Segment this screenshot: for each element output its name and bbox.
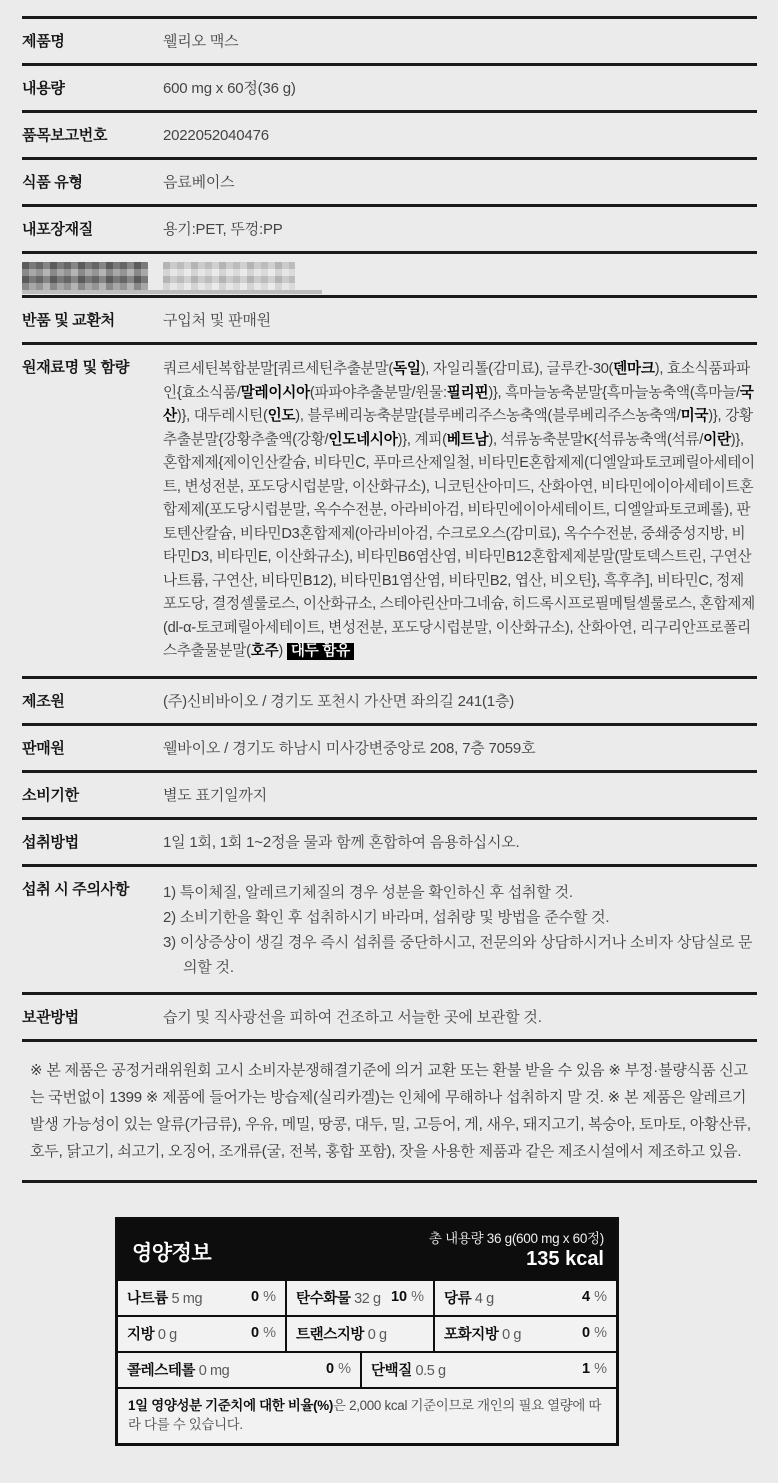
legal-notice-block: ※ 본 제품은 공정거래위원회 고시 소비자분쟁해결기준에 의거 교환 또는 환…: [22, 1039, 757, 1180]
nutrient-pct: 0 %: [251, 1289, 276, 1305]
row-label: 내포장재질: [22, 220, 163, 239]
nutrition-cell-fat: 지방 0 g 0 %: [118, 1317, 285, 1351]
nutrient-name: 당류: [444, 1291, 471, 1307]
nutrition-row-1: 나트륨 5 mg 0 % 탄수화물 32 g 10 % 당류 4 g 4 %: [118, 1279, 616, 1315]
nutrient-pct: 0 %: [251, 1325, 276, 1341]
nutrient-amount: 5 mg: [171, 1291, 202, 1307]
row-value: 구입처 및 판매원: [163, 311, 757, 330]
nutrient-amount: 0 g: [502, 1327, 521, 1343]
table-row-net-content: 내용량 600 mg x 60정(36 g): [22, 63, 757, 110]
row-value: 웰바이오 / 경기도 하남시 미사강변중앙로 208, 7층 7059호: [163, 739, 757, 758]
nutrition-header-right: 총 내용량 36 g(600 mg x 60정) 135 kcal: [429, 1227, 604, 1271]
nutrition-kcal: 135 kcal: [429, 1248, 604, 1271]
nutrient-pct: 0 %: [582, 1325, 607, 1341]
table-row-distributor: 판매원 웰바이오 / 경기도 하남시 미사강변중앙로 208, 7층 7059호: [22, 723, 757, 770]
product-info-table: 제품명 웰리오 맥스 내용량 600 mg x 60정(36 g) 품목보고번호…: [22, 16, 757, 1183]
nutrition-cell-satfat: 포화지방 0 g 0 %: [433, 1317, 616, 1351]
nutrition-facts-panel: 영양정보 총 내용량 36 g(600 mg x 60정) 135 kcal 나…: [115, 1217, 619, 1446]
nutrient-name: 단백질: [371, 1363, 412, 1379]
nutrient-amount: 0 mg: [199, 1363, 230, 1379]
row-label: 섭취방법: [22, 833, 163, 852]
row-value: 습기 및 직사광선을 피하여 건조하고 서늘한 곳에 보관할 것.: [163, 1008, 757, 1027]
nutrition-row-3: 콜레스테롤 0 mg 0 % 단백질 0.5 g 1 %: [118, 1351, 616, 1387]
nutrition-total-content: 총 내용량 36 g(600 mg x 60정): [429, 1227, 604, 1247]
nutrition-cell-sodium: 나트륨 5 mg 0 %: [118, 1281, 285, 1315]
row-value: 용기:PET, 뚜껑:PP: [163, 220, 757, 239]
row-value: (주)신비바이오 / 경기도 포천시 가산면 좌의길 241(1층): [163, 692, 757, 711]
footnote-bold: 1일 영양성분 기준치에 대한 비율(%): [128, 1398, 333, 1413]
nutrition-header: 영양정보 총 내용량 36 g(600 mg x 60정) 135 kcal: [118, 1220, 616, 1279]
nutrient-name: 포화지방: [444, 1327, 498, 1343]
row-value: 별도 표기일까지: [163, 786, 757, 805]
row-label: 식품 유형: [22, 173, 163, 192]
table-row-redacted: [22, 251, 757, 295]
table-row-ingredients: 원재료명 및 함량 쿼르세틴복합분말[쿼르세틴추출분말(독일), 자일리톨(감미…: [22, 342, 757, 676]
caution-item: 3) 이상증상이 생길 경우 즉시 섭취를 중단하시고, 전문의와 상담하시거나…: [163, 930, 757, 980]
nutrient-pct: 10 %: [391, 1289, 424, 1305]
nutrient-amount: 32 g: [354, 1291, 381, 1307]
nutrient-pct: 4 %: [582, 1289, 607, 1305]
nutrient-name: 지방: [127, 1327, 154, 1343]
table-row-cautions: 섭취 시 주의사항 1) 특이체질, 알레르기체질의 경우 성분을 확인하신 후…: [22, 864, 757, 992]
table-row-manufacturer: 제조원 (주)신비바이오 / 경기도 포천시 가산면 좌의길 241(1층): [22, 676, 757, 723]
nutrition-title: 영양정보: [132, 1237, 211, 1271]
table-row-returns: 반품 및 교환처 구입처 및 판매원: [22, 295, 757, 342]
table-row-expiry: 소비기한 별도 표기일까지: [22, 770, 757, 817]
row-label: 제품명: [22, 32, 163, 51]
nutrition-cell-transfat: 트랜스지방 0 g: [285, 1317, 433, 1351]
nutrient-amount: 0 g: [368, 1327, 387, 1343]
table-row-packaging: 내포장재질 용기:PET, 뚜껑:PP: [22, 204, 757, 251]
nutrition-row-2: 지방 0 g 0 % 트랜스지방 0 g 포화지방 0 g 0 %: [118, 1315, 616, 1351]
row-label: 보관방법: [22, 1008, 163, 1027]
table-row-report-number: 품목보고번호 2022052040476: [22, 110, 757, 157]
caution-item: 2) 소비기한을 확인 후 섭취하시기 바라며, 섭취량 및 방법을 준수할 것…: [163, 905, 757, 930]
row-value: 2022052040476: [163, 126, 757, 145]
nutrient-name: 콜레스테롤: [127, 1363, 195, 1379]
table-row-directions: 섭취방법 1일 1회, 1회 1~2정을 물과 함께 혼합하여 음용하십시오.: [22, 817, 757, 864]
nutrition-cell-carbs: 탄수화물 32 g 10 %: [285, 1281, 433, 1315]
row-label: 제조원: [22, 692, 163, 711]
table-row-product-name: 제품명 웰리오 맥스: [22, 16, 757, 63]
row-label: 판매원: [22, 739, 163, 758]
nutrition-cell-cholesterol: 콜레스테롤 0 mg 0 %: [118, 1353, 360, 1387]
row-label: 소비기한: [22, 786, 163, 805]
nutrient-pct: 1 %: [582, 1361, 607, 1377]
nutrition-cell-sugars: 당류 4 g 4 %: [433, 1281, 616, 1315]
nutrient-name: 트랜스지방: [296, 1327, 364, 1343]
row-label: 원재료명 및 함량: [22, 358, 163, 664]
blur-artifact-line: [22, 290, 322, 294]
redacted-label-blur: [22, 262, 148, 290]
row-value: 1일 1회, 1회 1~2정을 물과 함께 혼합하여 음용하십시오.: [163, 833, 757, 852]
row-label: 반품 및 교환처: [22, 311, 163, 330]
caution-item: 1) 특이체질, 알레르기체질의 경우 성분을 확인하신 후 섭취할 것.: [163, 880, 757, 905]
nutrient-amount: 0 g: [158, 1327, 177, 1343]
nutrient-amount: 0.5 g: [415, 1363, 445, 1379]
nutrition-cell-protein: 단백질 0.5 g 1 %: [360, 1353, 616, 1387]
redacted-value-blur: [163, 262, 295, 290]
nutrient-amount: 4 g: [475, 1291, 494, 1307]
row-label: 섭취 시 주의사항: [22, 880, 163, 980]
legal-notice-text: ※ 본 제품은 공정거래위원회 고시 소비자분쟁해결기준에 의거 교환 또는 환…: [30, 1057, 755, 1165]
row-label: 품목보고번호: [22, 126, 163, 145]
nutrient-name: 탄수화물: [296, 1291, 350, 1307]
table-row-food-type: 식품 유형 음료베이스: [22, 157, 757, 204]
nutrient-pct: 0 %: [326, 1361, 351, 1377]
nutrient-name: 나트륨: [127, 1291, 168, 1307]
cautions-list: 1) 특이체질, 알레르기체질의 경우 성분을 확인하신 후 섭취할 것. 2)…: [163, 880, 757, 980]
ingredients-text: 쿼르세틴복합분말[쿼르세틴추출분말(독일), 자일리톨(감미료), 글루칸-30…: [163, 358, 757, 664]
row-value: 음료베이스: [163, 173, 757, 192]
table-row-storage: 보관방법 습기 및 직사광선을 피하여 건조하고 서늘한 곳에 보관할 것.: [22, 992, 757, 1039]
row-value: 600 mg x 60정(36 g): [163, 79, 757, 98]
row-label: 내용량: [22, 79, 163, 98]
nutrition-footnote: 1일 영양성분 기준치에 대한 비율(%)은 2,000 kcal 기준이므로 …: [118, 1387, 616, 1443]
row-value: 웰리오 맥스: [163, 32, 757, 51]
product-info-page: { "colors": { "page_bg": "#ebebeb", "div…: [0, 0, 778, 1483]
